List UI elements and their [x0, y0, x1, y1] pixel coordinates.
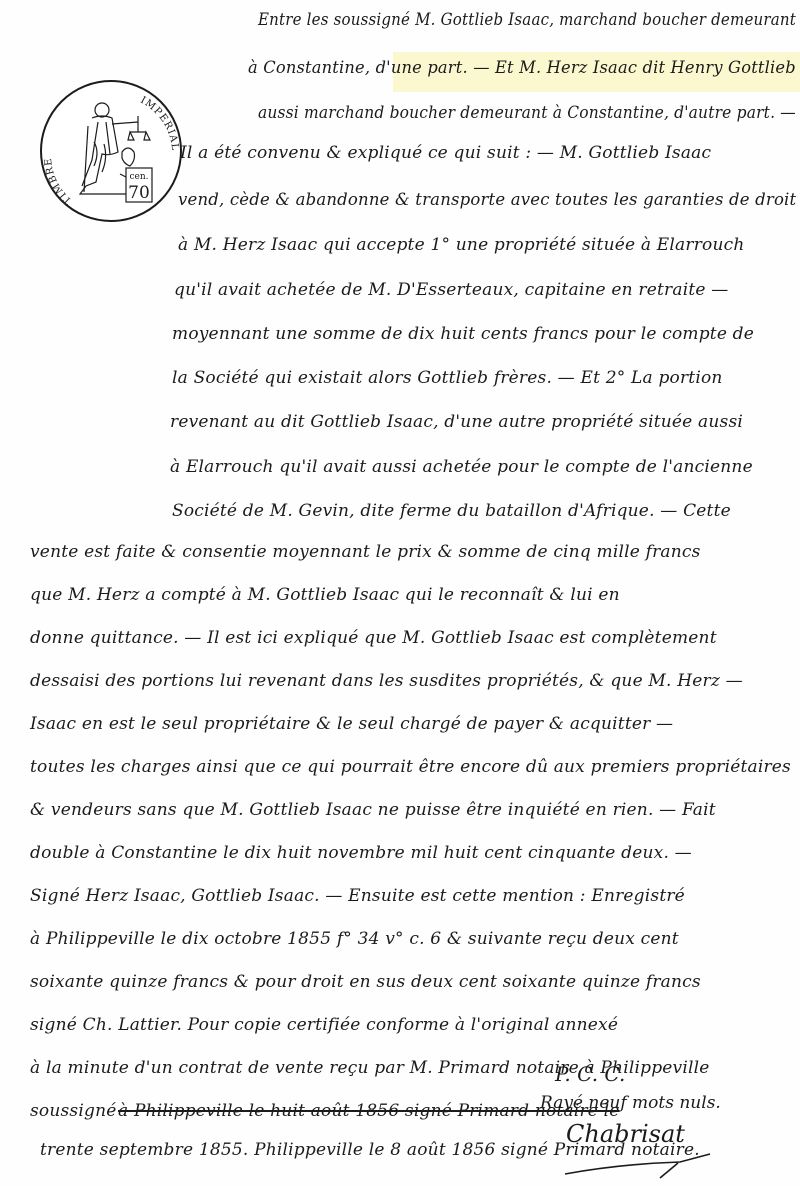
handwritten-line: à M. Herz Isaac qui accepte 1° une propr… — [178, 235, 744, 255]
handwritten-line: & vendeurs sans que M. Gottlieb Isaac ne… — [30, 800, 716, 820]
scanned-document-page: TIMBRE IMPERIAL cen. 70 Entre les soussi… — [0, 0, 800, 1186]
handwritten-line: moyennant une somme de dix huit cents fr… — [172, 324, 754, 344]
handwritten-line: Isaac en est le seul propriétaire & le s… — [30, 714, 673, 734]
handwritten-line: à Philippeville le dix octobre 1855 f° 3… — [30, 929, 679, 949]
svg-text:TIMBRE: TIMBRE — [43, 157, 74, 206]
handwritten-line: la Société qui existait alors Gottlieb f… — [172, 368, 723, 388]
signature-flourish-icon — [560, 1150, 730, 1180]
handwritten-line: à Elarrouch qu'il avait aussi achetée po… — [170, 457, 753, 477]
signature-note: Rayé neuf mots nuls. — [540, 1093, 721, 1113]
signature-initials: P. C. C. — [555, 1062, 625, 1086]
handwritten-line: vente est faite & consentie moyennant le… — [30, 542, 701, 562]
handwritten-line: aussi marchand boucher demeurant à Const… — [258, 103, 796, 123]
stamp-text-right: IMPERIAL — [138, 95, 180, 152]
handwritten-line: donne quittance. — Il est ici expliqué q… — [30, 628, 717, 648]
stamp-text-left: TIMBRE — [43, 157, 74, 206]
handwritten-line: signé Ch. Lattier. Pour copie certifiée … — [30, 1015, 618, 1035]
imperial-tax-stamp: TIMBRE IMPERIAL cen. 70 — [40, 80, 182, 222]
handwritten-line: soussigné — [30, 1101, 117, 1121]
svg-text:IMPERIAL: IMPERIAL — [138, 95, 180, 152]
stamp-denomination-value: 70 — [128, 183, 150, 203]
signature-name: Chabrisat — [566, 1120, 685, 1148]
handwritten-line: revenant au dit Gottlieb Isaac, d'une au… — [170, 412, 743, 432]
handwritten-line: à Constantine, d'une part. — Et M. Herz … — [248, 58, 796, 78]
handwritten-line: qu'il avait achetée de M. D'Esserteaux, … — [174, 280, 728, 300]
stamp-denomination-label: cen. — [129, 172, 148, 182]
handwritten-line: toutes les charges ainsi que ce qui pour… — [30, 757, 791, 777]
stamp-seal-icon: TIMBRE IMPERIAL cen. 70 — [42, 82, 180, 220]
handwritten-line: Signé Herz Isaac, Gottlieb Isaac. — Ensu… — [30, 886, 685, 906]
handwritten-line: Société de M. Gevin, dite ferme du batai… — [172, 501, 731, 521]
handwritten-line: soixante quinze francs & pour droit en s… — [30, 972, 701, 992]
handwritten-line: vend, cède & abandonne & transporte avec… — [178, 190, 796, 210]
handwritten-line: dessaisi des portions lui revenant dans … — [30, 671, 743, 691]
handwritten-line: double à Constantine le dix huit novembr… — [30, 843, 692, 863]
handwritten-line: Entre les soussigné M. Gottlieb Isaac, m… — [258, 10, 796, 30]
handwritten-line: que M. Herz a compté à M. Gottlieb Isaac… — [30, 585, 620, 605]
handwritten-line: Il a été convenu & expliqué ce qui suit … — [180, 143, 711, 163]
